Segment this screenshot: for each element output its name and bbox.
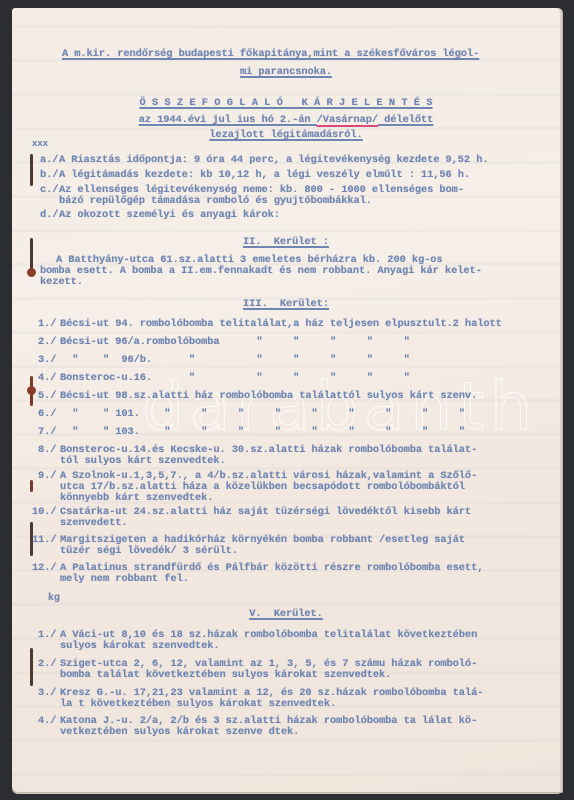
summary-item-text: Az okozott személyi és anyagi károk: [59, 209, 280, 221]
summary-item-text: A Riasztás időpontja: 9 óra 44 perc, a l… [59, 154, 488, 166]
district-heading: II. Kerület : [12, 236, 560, 248]
item-number: 8./ [38, 444, 56, 456]
summary-item-text: A légitámadás kezdete: kb 10,12 h, a lég… [59, 169, 470, 181]
item-number: 5./ [38, 390, 56, 402]
item-text: mely nem robbant fel. [60, 573, 189, 585]
district-paragraph-line: kezett. [40, 276, 83, 288]
item-text: könnyebb kárt szenvedtek. [60, 492, 213, 504]
district-heading-text: II. Kerület : [243, 236, 329, 248]
subtitle-day: /Vasárnap/ [317, 114, 378, 126]
item-text: szenvedett. [60, 517, 128, 529]
report-title: Ö S S Z E F O G L A L Ó K Á R J E L E N … [12, 97, 560, 109]
item-text: Bécsi-ut 98.sz.alatti ház rombolóbomba t… [60, 390, 477, 402]
item-number: 2./ [38, 658, 56, 670]
item-number: 12./ [32, 562, 57, 574]
item-number: 1./ [38, 318, 56, 330]
item-number: 4./ [38, 372, 56, 384]
district-heading: III. Kerület: [12, 298, 560, 310]
item-text: Bécsi-ut 94. rombolóbomba telitalálat,a … [60, 318, 502, 330]
issuer-header-line1: A m.kir. rendőrség budapesti főkapitánya… [62, 48, 479, 60]
item-text: vetkeztében sulyos károkat szenve dtek. [60, 726, 299, 738]
summary-item-label: c./ [40, 184, 58, 196]
item-number: 3./ [38, 687, 56, 699]
report-subtitle-line2: lezajlott légitámadásról. [12, 129, 560, 141]
item-number: 4./ [38, 715, 56, 727]
item-text: la t következtében sulyos károkat szenve… [60, 698, 336, 710]
rust-stain-icon [30, 376, 33, 406]
margin-mark: xxx [32, 138, 48, 150]
summary-item-label: a./ [40, 154, 58, 166]
summary-item-text: bázó repülőgép támadása romboló és gyujt… [59, 195, 372, 207]
subtitle-time: délelőtt [378, 114, 433, 126]
item-text: Bonsteroc-u.16. " " " " " " [60, 372, 410, 384]
staple-mark-icon [30, 154, 33, 186]
item-text: tüzér ségi lövedék/ 3 sérült. [60, 545, 238, 557]
item-number: 6./ [38, 408, 56, 420]
item-number: 3./ [38, 354, 56, 366]
item-number: 9./ [38, 470, 56, 482]
district-heading-text: III. Kerület: [243, 298, 329, 310]
item-text: Bécsi-ut 96/a.rombolóbomba " " " " " [60, 336, 410, 348]
margin-mark-kg: kg [48, 593, 60, 605]
district-heading: V. Kerület. [12, 608, 560, 620]
rust-stain-icon [30, 480, 33, 492]
item-text: " " 96/b. " " " " " " [60, 354, 410, 366]
item-number: 2./ [38, 336, 56, 348]
subtitle-date: az 1944.évi jul ius hó 2.-án [139, 114, 317, 126]
item-number: 7./ [38, 426, 56, 438]
subtitle-line2-text: lezajlott légitámadásról. [209, 129, 362, 141]
summary-item-label: d./ [40, 209, 58, 221]
item-text: " " 101. " " " " " " " " " [60, 408, 465, 420]
report-title-text: Ö S S Z E F O G L A L Ó K Á R J E L E N … [139, 97, 432, 109]
district-heading-text: V. Kerület. [249, 608, 323, 620]
item-number: 11./ [32, 534, 57, 546]
report-subtitle-line1: az 1944.évi jul ius hó 2.-án /Vasárnap/ … [12, 114, 560, 126]
issuer-header-line2: mi parancsnoka. [12, 66, 560, 78]
issuer-header-line2-text: mi parancsnoka. [240, 66, 332, 78]
item-text: " " 103. " " " " " " " " " [60, 426, 465, 438]
item-text: bomba találat következtében sulyos károk… [60, 669, 391, 681]
item-text: tól sulyos kárt szenvedtek. [60, 455, 226, 467]
item-number: 10./ [32, 506, 57, 518]
document-page: A m.kir. rendőrség budapesti főkapitánya… [12, 8, 560, 792]
district-paragraph-line: bomba esett. A bomba a II.em.fennakadt é… [40, 265, 482, 277]
item-number: 1./ [38, 629, 56, 641]
summary-item-label: b./ [40, 169, 58, 181]
item-text: sulyos károkat szenvedtek. [60, 640, 220, 652]
staple-mark-icon [30, 648, 33, 686]
